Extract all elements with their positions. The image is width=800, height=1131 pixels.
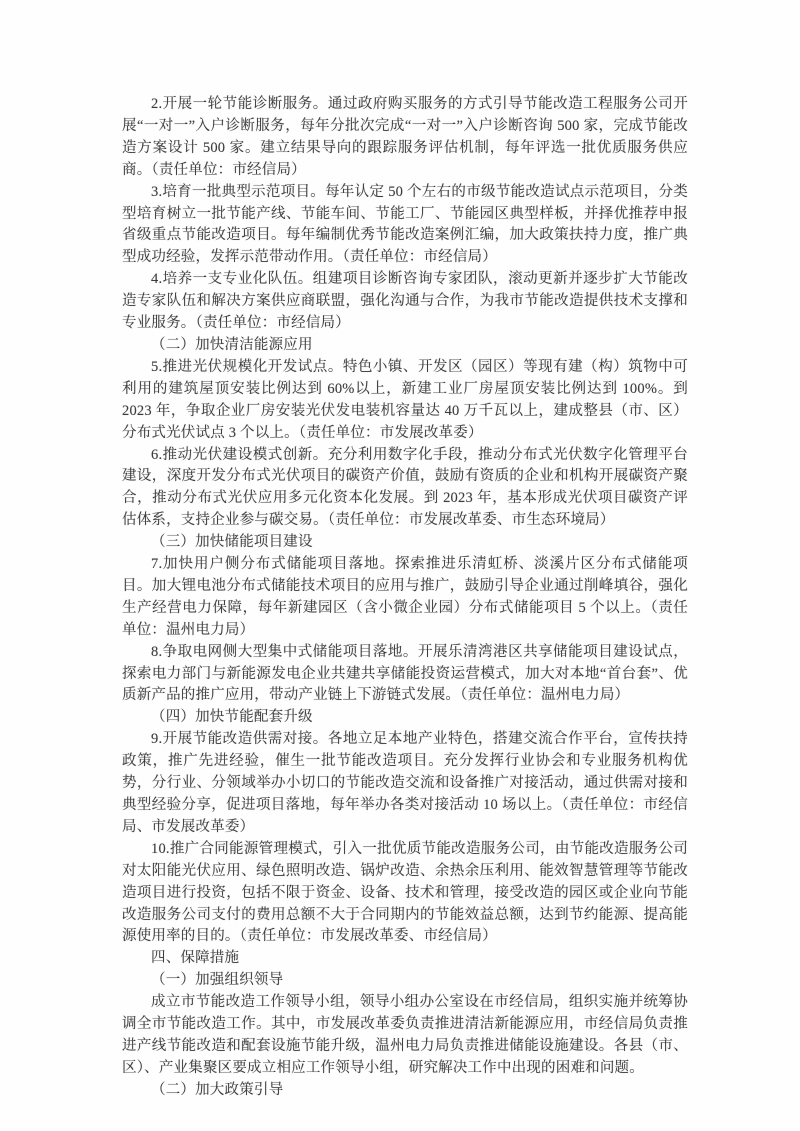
paragraph: 5.推进光伏规模化开发试点。特色小镇、开发区（园区）等现有建（构）筑物中可利用的… <box>122 357 688 445</box>
section-heading: （三）加快储能项目建设 <box>122 532 688 554</box>
section-heading: （二）加快清洁能源应用 <box>122 335 688 357</box>
paragraph: 6.推动光伏建设模式创新。充分利用数字化手段，推动分布式光伏数字化管理平台建设，… <box>122 445 688 533</box>
section-heading: （一）加强组织领导 <box>122 970 688 992</box>
paragraph: 2.开展一轮节能诊断服务。通过政府购买服务的方式引导节能改造工程服务公司开展“一… <box>122 94 688 182</box>
paragraph: 10.推广合同能源管理模式，引入一批优质节能改造服务公司，由节能改造服务公司对太… <box>122 839 688 949</box>
paragraph: 8.争取电网侧大型集中式储能项目落地。开展乐清湾港区共享储能项目建设试点，探索电… <box>122 642 688 708</box>
paragraph: 9.开展节能改造供需对接。各地立足本地产业特色，搭建交流合作平台，宣传扶持政策，… <box>122 729 688 839</box>
section-heading: 四、保障措施 <box>122 948 688 970</box>
section-heading: （四）加快节能配套升级 <box>122 707 688 729</box>
document-body: 2.开展一轮节能诊断服务。通过政府购买服务的方式引导节能改造工程服务公司开展“一… <box>122 94 688 1102</box>
paragraph: 4.培养一支专业化队伍。组建项目诊断咨询专家团队，滚动更新并逐步扩大节能改造专家… <box>122 269 688 335</box>
document-page: 2.开展一轮节能诊断服务。通过政府购买服务的方式引导节能改造工程服务公司开展“一… <box>0 0 800 1131</box>
paragraph: 7.加快用户侧分布式储能项目落地。探索推进乐清虹桥、淡溪片区分布式储能项目。加大… <box>122 554 688 642</box>
paragraph: 3.培育一批典型示范项目。每年认定 50 个左右的市级节能改造试点示范项目，分类… <box>122 182 688 270</box>
section-heading: （二）加大政策引导 <box>122 1080 688 1102</box>
paragraph: 成立市节能改造工作领导小组，领导小组办公室设在市经信局，组织实施并统筹协调全市节… <box>122 992 688 1080</box>
